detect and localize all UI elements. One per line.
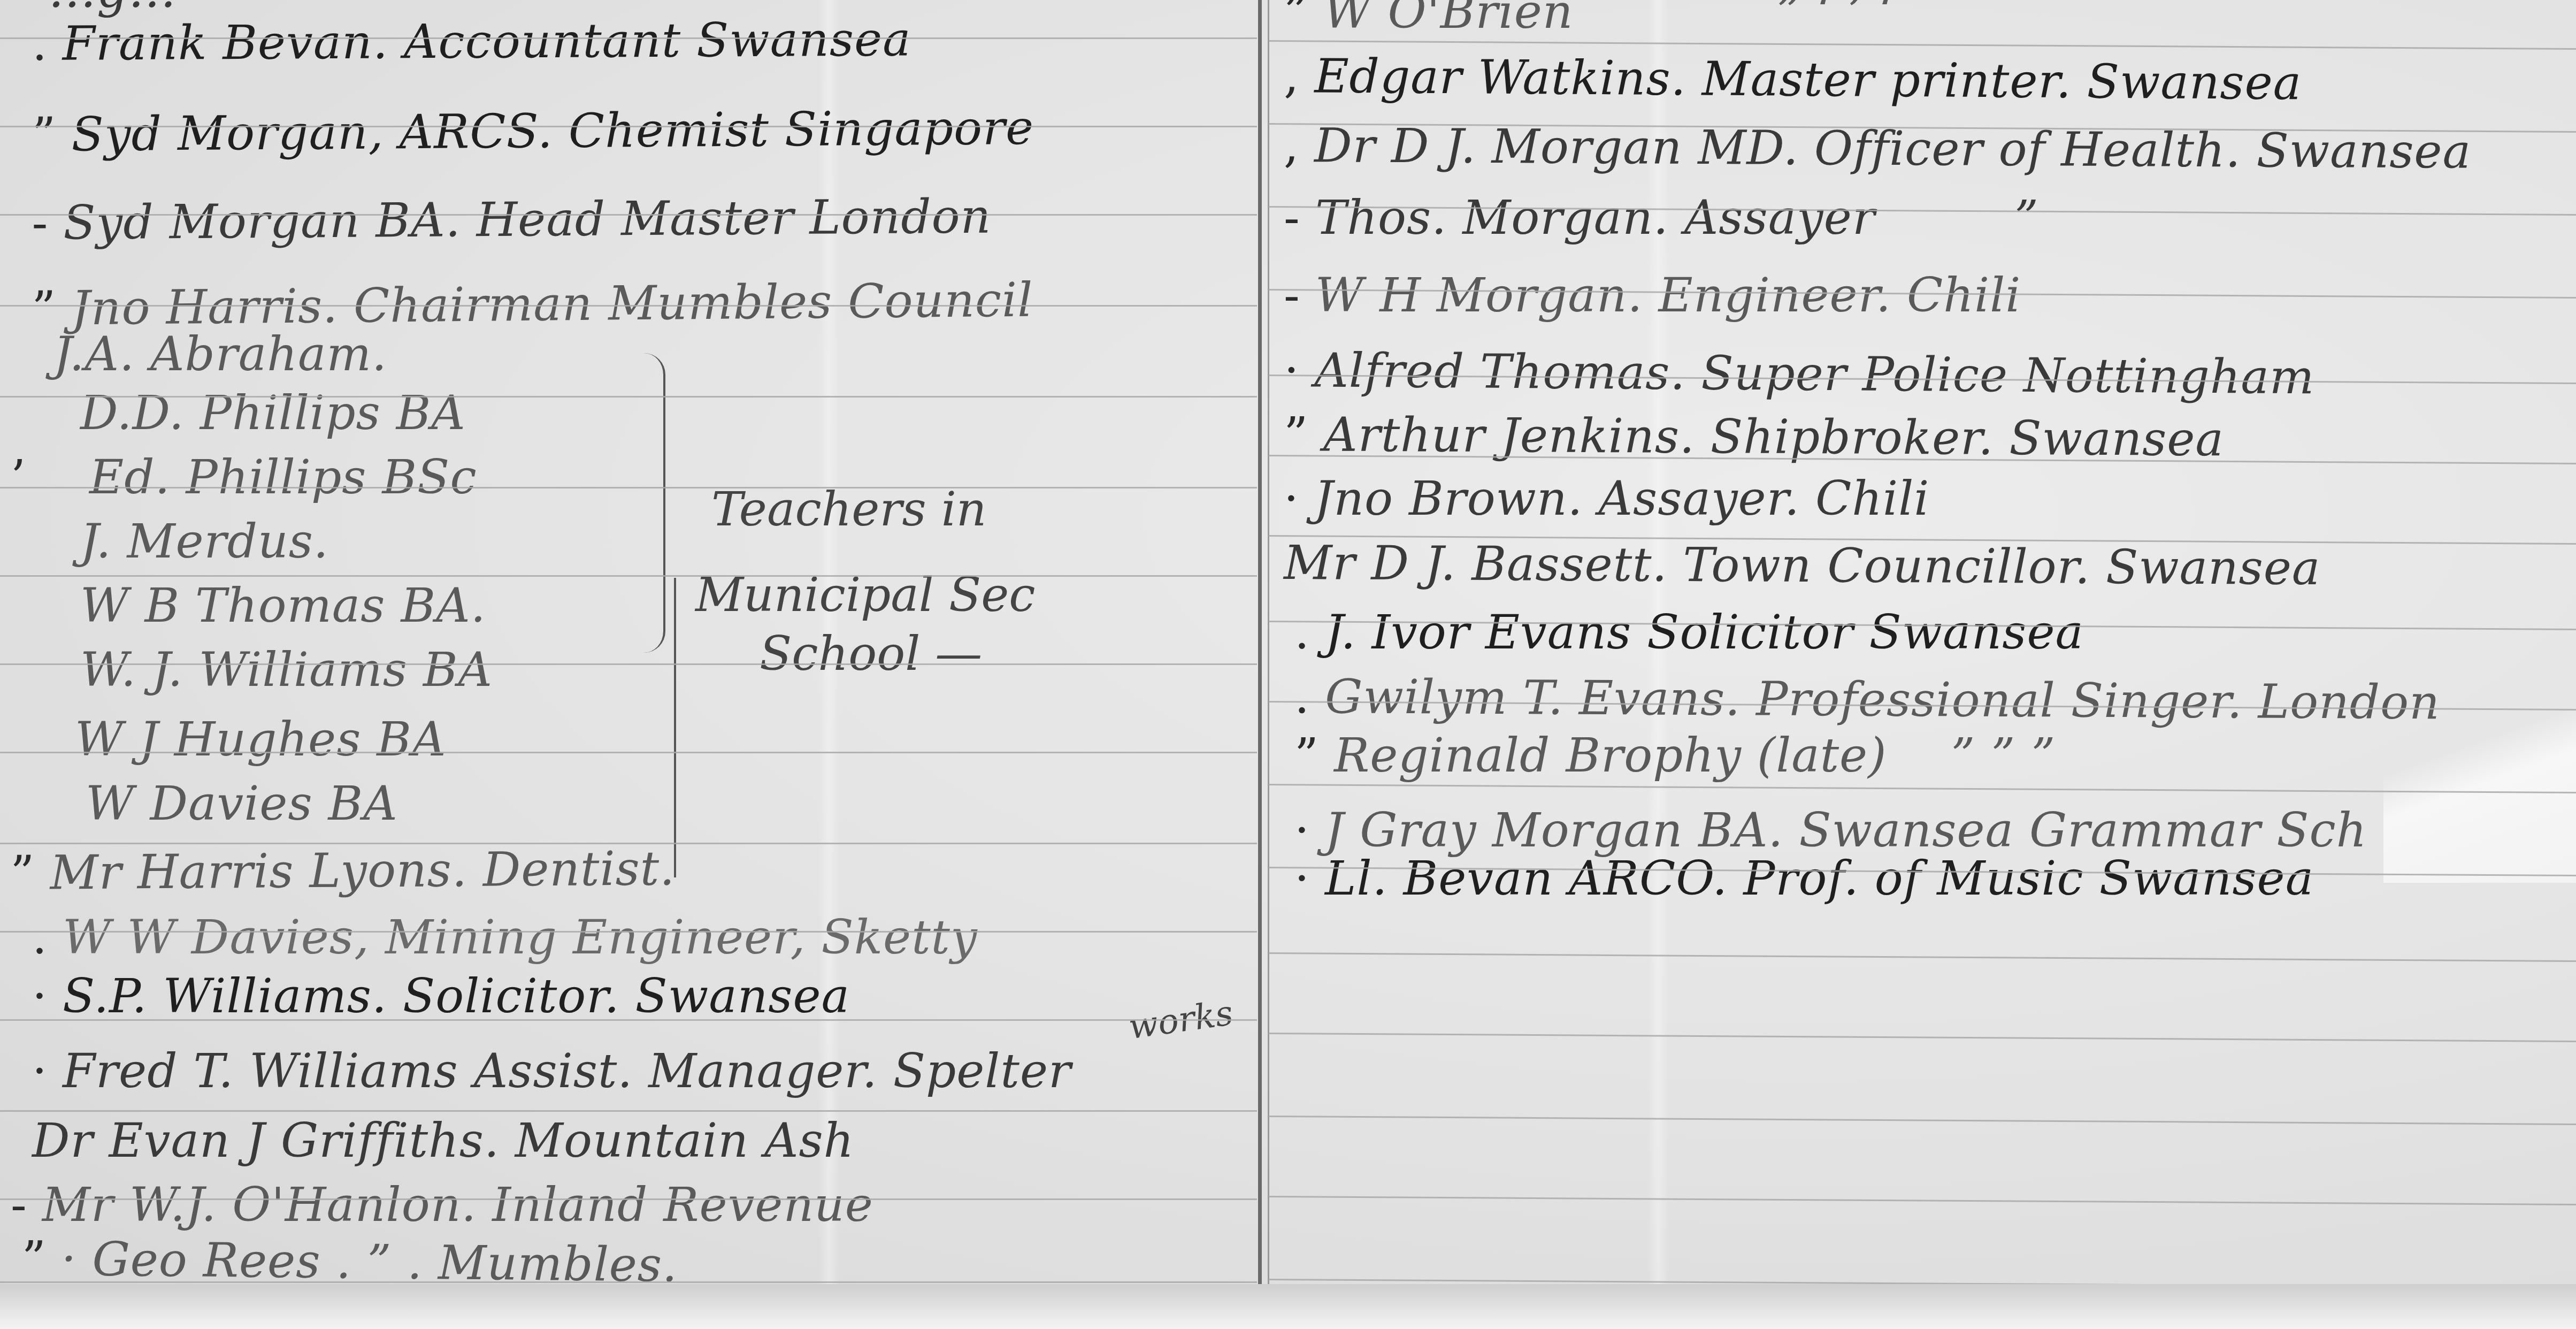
entry-wb-thomas: W B Thomas BA. <box>80 578 486 633</box>
page-bottom-edge <box>0 1284 2576 1329</box>
ruled-line <box>0 752 1257 753</box>
entry-harris-lyons: ”Mr Harris Lyons. Dentist. <box>10 841 675 900</box>
entry-alfred-thomas: ·Alfred Thomas. Super Police Nottingham <box>1284 342 2315 404</box>
ruled-line <box>1269 1196 2576 1205</box>
ruled-line <box>0 396 1257 398</box>
entry-ed-phillips: ’Ed. Phillips BSc <box>11 449 477 505</box>
ruled-line <box>1269 1033 2576 1042</box>
bracket-note-line-1: Teachers in <box>711 482 986 537</box>
ruled-line <box>0 1110 1257 1112</box>
entry-w-davies: W Davies BA <box>86 776 398 831</box>
paper-tear <box>2383 658 2576 883</box>
ruled-line <box>0 663 1257 665</box>
ruled-line <box>0 487 1257 488</box>
entry-geo-rees: ”· Geo Rees . ” . Mumbles. <box>21 1231 678 1284</box>
entry-ll-bevan: ·Ll. Bevan ARCO. Prof. of Music Swansea <box>1294 851 2314 906</box>
entry-dd-phillips: D.D. Phillips BA <box>80 385 466 440</box>
ruled-line <box>1269 1116 2576 1125</box>
entry-sp-williams: ·S.P. Williams. Solicitor. Swansea <box>32 968 850 1024</box>
ruled-line <box>1269 40 2576 50</box>
entry-ww-davies: .W W Davies, Mining Engineer, Sketty <box>32 910 978 965</box>
entry-ohanlon: -Mr W.J. O'Hanlon. Inland Revenue <box>11 1177 873 1232</box>
entry-jno-brown: ·Jno Brown. Assayer. Chili <box>1284 471 1929 526</box>
column-divider-thin <box>1268 0 1269 1284</box>
ruled-line <box>0 1281 1257 1283</box>
entry-reginald-brophy: ”Reginald Brophy (late)” ” ” <box>1294 728 2056 783</box>
entry-w-obrien: ”W O'Brien” ‘ ’ ‘ <box>1284 0 1894 39</box>
entry-syd-morgan-ba: -Syd Morgan BA. Head Master London <box>32 188 991 250</box>
ruled-line <box>0 1198 1257 1200</box>
entry-wh-morgan: -W H Morgan. Engineer. Chili <box>1284 268 2021 323</box>
ruled-line <box>1269 784 2576 793</box>
entry-wj-williams: W. J. Williams BA <box>80 642 493 697</box>
entry-ja-abraham: J.A. Abraham. <box>53 326 387 381</box>
column-divider <box>1258 0 1262 1284</box>
ruled-line <box>0 214 1257 216</box>
ledger-page: …g… .Frank Bevan. Accountant Swansea ”Sy… <box>0 0 2576 1284</box>
ruled-line <box>1269 952 2576 962</box>
entry-wj-hughes: W J Hughes BA <box>75 712 447 767</box>
ruled-line <box>0 575 1257 577</box>
teachers-bracket <box>631 353 665 653</box>
ruled-line <box>0 1019 1257 1021</box>
entry-ivor-evans: .J. Ivor Evans Solicitor Swansea <box>1294 605 2084 660</box>
entry-evan-griffiths: Dr Evan J Griffiths. Mountain Ash <box>32 1113 854 1168</box>
ruled-line <box>0 37 1257 39</box>
entry-gwilym-evans: .Gwilym T. Evans. Professional Singer. L… <box>1294 669 2440 730</box>
entry-j-merdus: J. Merdus. <box>80 514 329 569</box>
ruled-line <box>1269 1279 2576 1284</box>
entry-frank-bevan: .Frank Bevan. Accountant Swansea <box>32 11 911 71</box>
entry-dj-bassett: Mr D J. Bassett. Town Councillor. Swanse… <box>1284 535 2321 595</box>
ruled-line <box>0 126 1257 127</box>
entry-edgar-watkins: ,Edgar Watkins. Master printer. Swansea <box>1284 48 2302 110</box>
entry-gray-morgan: ·J Gray Morgan BA. Swansea Grammar Sch <box>1294 803 2367 858</box>
ruled-line <box>0 931 1257 933</box>
ruled-line <box>0 305 1257 307</box>
entry-thos-morgan: -Thos. Morgan. Assayer” <box>1284 190 2039 245</box>
teachers-bracket-lower <box>663 578 676 877</box>
bracket-note-line-3: School — <box>760 626 982 681</box>
entry-syd-morgan-arcs: ”Syd Morgan, ARCS. Chemist Singapore <box>32 100 1034 162</box>
entry-fred-williams: ·Fred T. Williams Assist. Manager. Spelt… <box>32 1043 1071 1098</box>
ruled-line <box>0 843 1257 844</box>
